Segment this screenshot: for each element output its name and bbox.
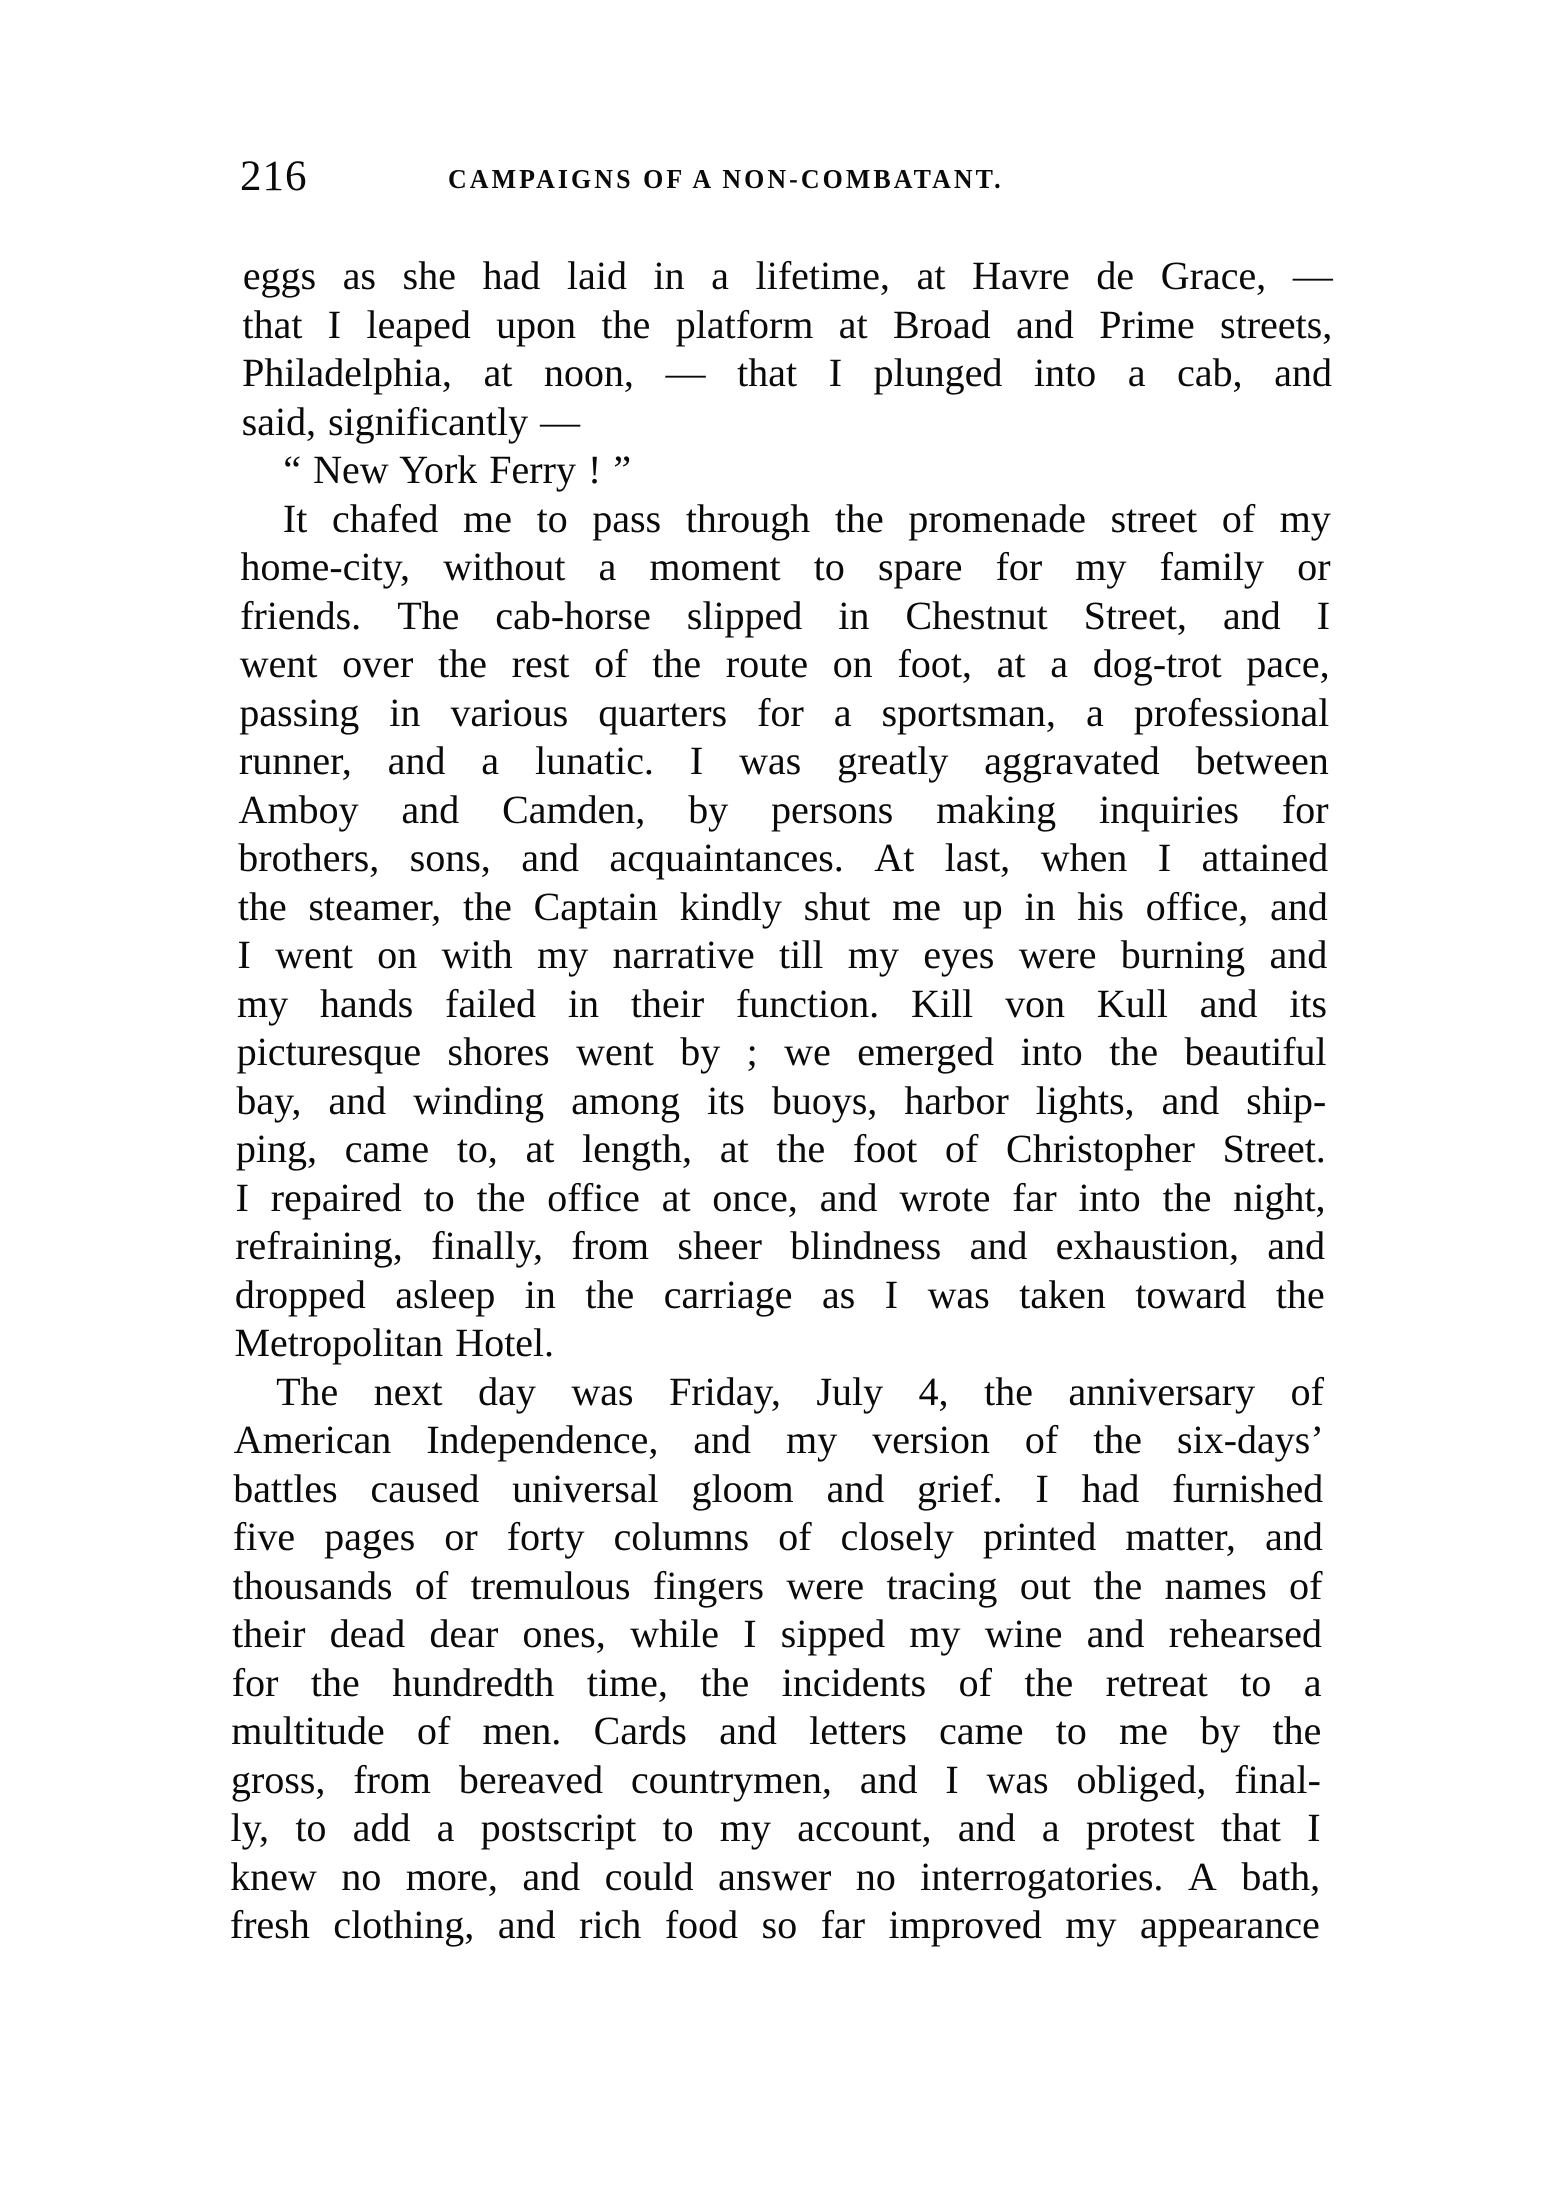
text-line: fivepagesorfortycolumnsofcloselyprintedm… — [233, 1513, 1323, 1562]
page-number: 216 — [240, 152, 308, 202]
body-text: eggsasshehadlaidinalifetime,atHavredeGra… — [230, 252, 1333, 1950]
text-line: bay,andwindingamongitsbuoys,harborlights… — [236, 1077, 1326, 1126]
text-line: said, significantly — — [241, 398, 1331, 447]
text-line: multitudeofmen.Cardsandletterscametomeby… — [231, 1707, 1321, 1756]
text-line: droppedasleepinthecarriageasIwastakentow… — [235, 1271, 1325, 1320]
text-line: forthehundredthtime,theincidentsoftheret… — [232, 1659, 1322, 1708]
text-line: home-city,withoutamomenttospareformyfami… — [240, 543, 1330, 592]
text-line: passinginvariousquartersforasportsman,ap… — [239, 689, 1329, 738]
text-line: thatIleapedupontheplatformatBroadandPrim… — [242, 301, 1332, 350]
book-page: 216 Campaigns of a Non-Combatant. eggsas… — [0, 0, 1560, 2207]
text-line: battlescauseduniversalgloomandgrief.Ihad… — [233, 1465, 1323, 1514]
text-line: friends.Thecab-horseslippedinChestnutStr… — [240, 592, 1330, 641]
text-line: brothers,sons,andacquaintances.Atlast,wh… — [238, 834, 1328, 883]
text-line: runner,andalunatic.Iwasgreatlyaggravated… — [239, 737, 1329, 786]
text-line: AmericanIndependence,andmyversionofthesi… — [233, 1416, 1323, 1465]
text-line: Metropolitan Hotel. — [234, 1319, 1324, 1368]
running-head: 216 Campaigns of a Non-Combatant. — [240, 152, 1140, 202]
running-title: Campaigns of a Non-Combatant. — [448, 156, 1004, 202]
text-line: AmboyandCamden,bypersonsmakinginquiriesf… — [238, 786, 1328, 835]
text-line: theirdeaddearones,whileIsippedmywineandr… — [232, 1610, 1322, 1659]
text-line: thesteamer,theCaptainkindlyshutmeupinhis… — [238, 883, 1328, 932]
text-line: gross,frombereavedcountrymen,andIwasobli… — [231, 1756, 1321, 1805]
text-line: wentovertherestoftherouteonfoot,atadog-t… — [240, 640, 1330, 689]
paragraph-start-line: ThenextdaywasFriday,July4,theanniversary… — [234, 1368, 1324, 1417]
text-line: knewnomore,andcouldanswernointerrogatori… — [230, 1853, 1320, 1902]
text-line: eggsasshehadlaidinalifetime,atHavredeGra… — [243, 252, 1333, 301]
text-line: ly,toaddapostscripttomyaccount,andaprote… — [230, 1804, 1320, 1853]
text-line: “ New York Ferry ! ” — [241, 446, 1331, 495]
paragraph-start-line: Itchafedmetopassthroughthepromenadestree… — [241, 495, 1331, 544]
text-line: Philadelphia,atnoon,—thatIplungedintoaca… — [242, 349, 1332, 398]
text-line: Irepairedtotheofficeatonce,andwrotefarin… — [235, 1174, 1325, 1223]
text-line: refraining,finally,fromsheerblindnessand… — [235, 1222, 1325, 1271]
text-line: freshclothing,andrichfoodsofarimprovedmy… — [230, 1901, 1320, 1950]
text-line: ping,cameto,atlength,atthefootofChristop… — [236, 1125, 1326, 1174]
text-line: myhandsfailedintheirfunction.KillvonKull… — [237, 980, 1327, 1029]
text-line: picturesqueshoreswentby;weemergedintothe… — [237, 1028, 1327, 1077]
text-line: thousandsoftremulousfingersweretracingou… — [232, 1562, 1322, 1611]
text-line: Iwentonwithmynarrativetillmyeyeswereburn… — [237, 931, 1327, 980]
